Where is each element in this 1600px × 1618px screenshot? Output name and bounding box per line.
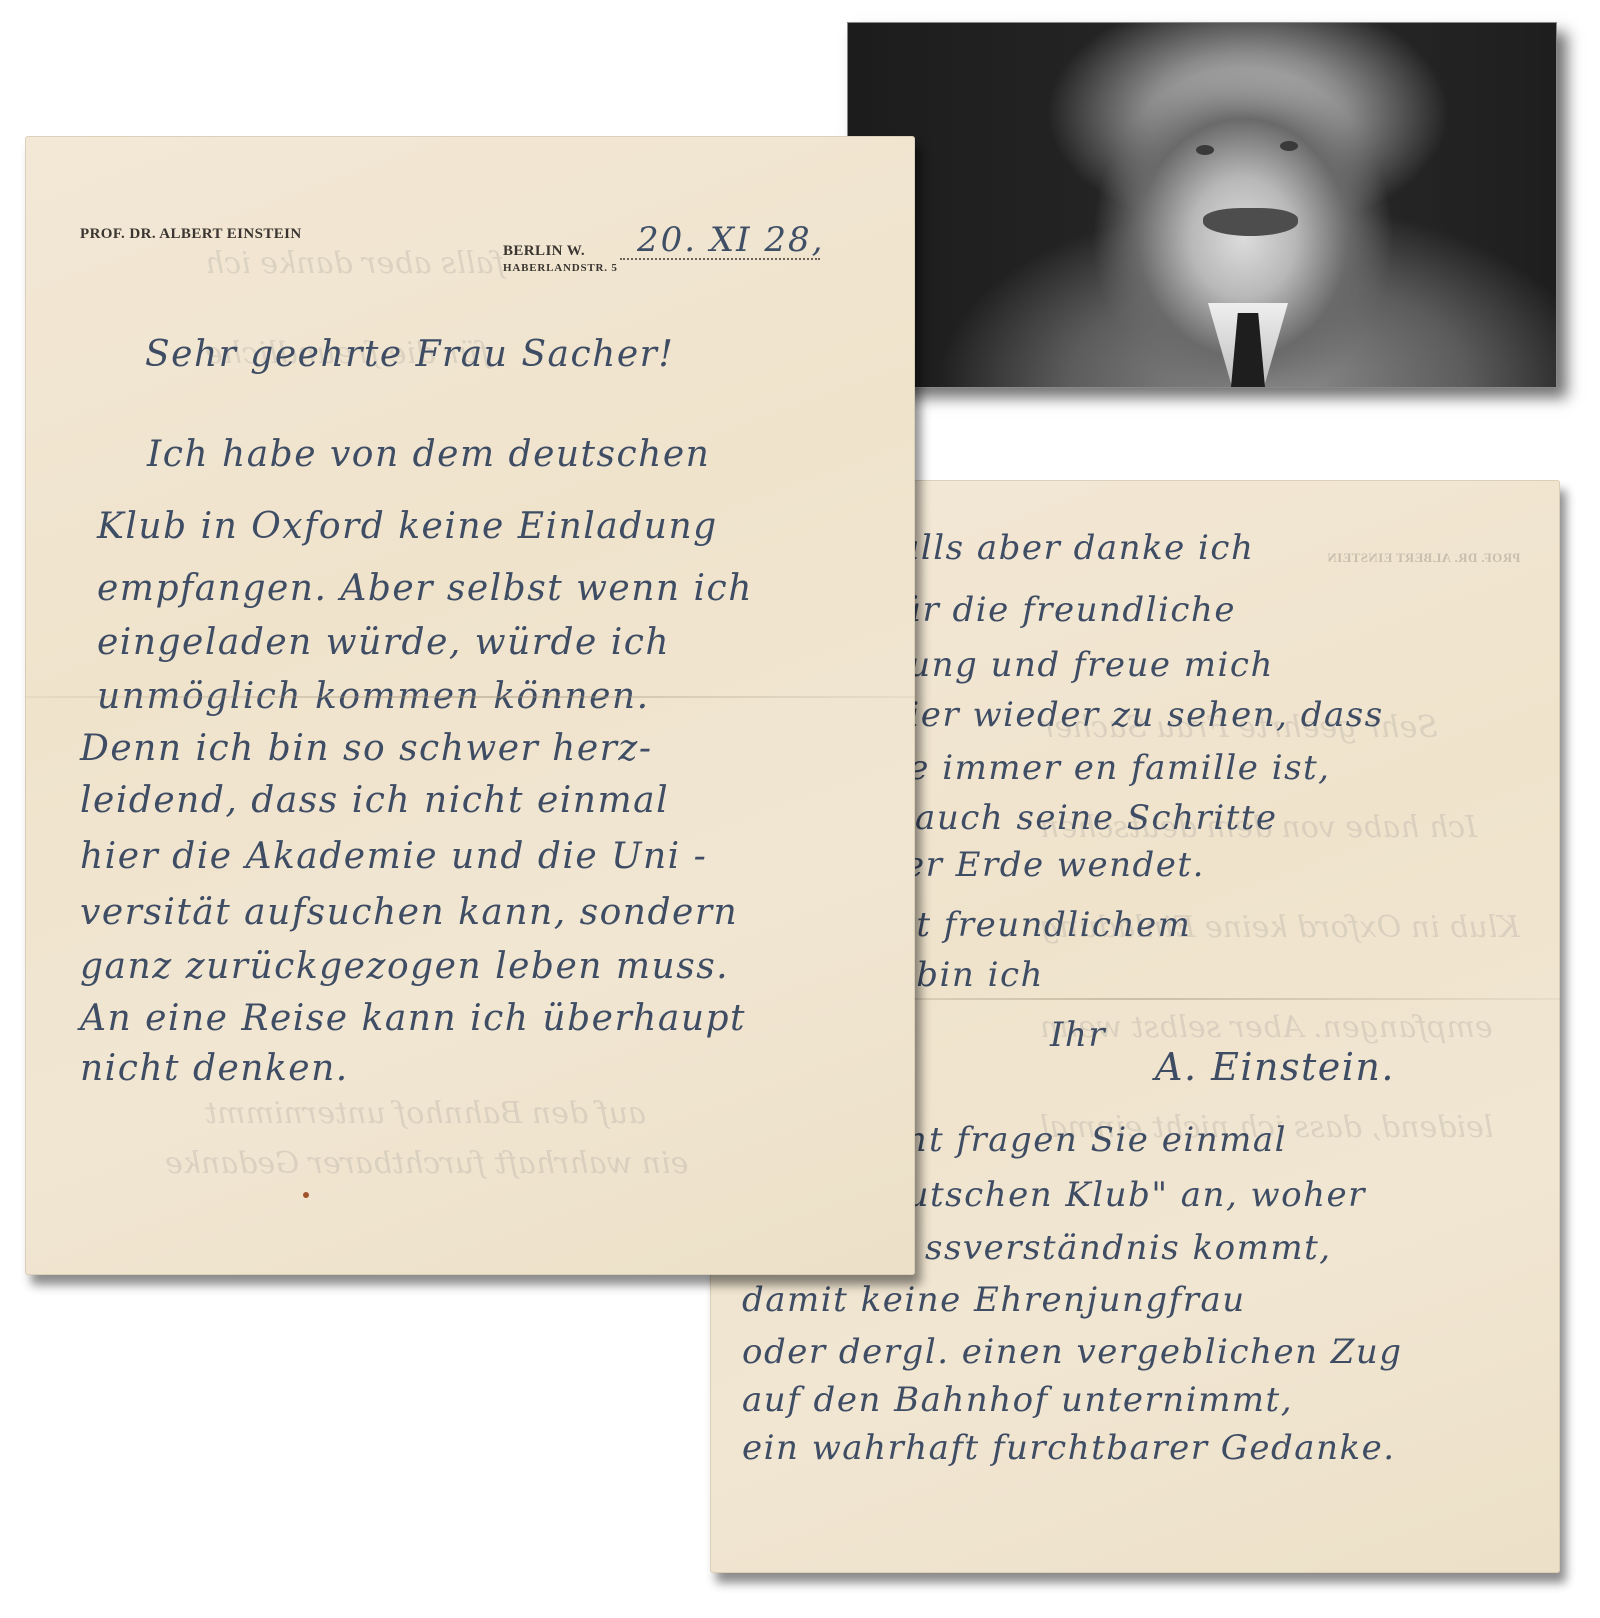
paper-fold-line bbox=[25, 696, 915, 698]
letter-date: 20. XI 28, bbox=[637, 220, 824, 260]
postscript-line: ein wahrhaft furchtbarer Gedanke. bbox=[742, 1428, 1396, 1468]
bleed-through-text: empfangen. Aber selbst wenn bbox=[1040, 1010, 1493, 1045]
letter-line: versität aufsuchen kann, sondern bbox=[80, 892, 738, 933]
letterhead-street: HABERLANDSTR. 5 bbox=[503, 262, 618, 274]
letter-line: ist freundlichem bbox=[885, 905, 1191, 945]
mirrored-letterhead: PROF. DR. ALBERT EINSTEIN bbox=[1327, 550, 1520, 566]
photo-right-eye bbox=[1280, 141, 1298, 151]
letter-line: ser Erde wendet. bbox=[885, 845, 1205, 885]
photo-mustache bbox=[1203, 208, 1298, 236]
letter-line: für die freundliche bbox=[885, 590, 1236, 630]
letter-page-1: PROF. DR. ALBERT EINSTEIN BERLIN W. HABE… bbox=[25, 136, 915, 1275]
postscript-line: cht fragen Sie einmal bbox=[885, 1120, 1287, 1160]
photo-left-eye bbox=[1196, 145, 1214, 155]
letter-line: Klub in Oxford keine Einladung bbox=[97, 506, 718, 547]
postscript-line: oder dergl. einen vergeblichen Zug bbox=[742, 1332, 1403, 1372]
letter-line: leidend, dass ich nicht einmal bbox=[80, 780, 669, 821]
letter-line: r auch seine Schritte bbox=[885, 798, 1278, 838]
letter-line: eingeladen würde, würde ich bbox=[97, 622, 670, 663]
bleed-through-text: auf den Bahnhof unternimmt bbox=[205, 1096, 646, 1131]
letter-line: dung und freue mich bbox=[885, 645, 1274, 685]
ink-spot bbox=[303, 1192, 309, 1198]
bleed-through-text: ein wahrhaft furchtbarer Gedanke bbox=[165, 1146, 688, 1181]
letter-line: nicht denken. bbox=[80, 1048, 349, 1089]
letter-line: hier die Akademie und die Uni - bbox=[80, 836, 707, 877]
salutation: Sehr geehrte Frau Sacher! bbox=[145, 334, 674, 375]
letter-line: de immer en famille ist, bbox=[885, 748, 1331, 788]
letter-line: hier wieder zu sehen, dass bbox=[885, 695, 1384, 735]
letterhead-name: PROF. DR. ALBERT EINSTEIN bbox=[80, 226, 302, 243]
letter-line: Denn ich bin so schwer herz- bbox=[80, 728, 653, 769]
letter-line: ganz zurückgezogen leben muss. bbox=[80, 946, 729, 987]
letter-line: An eine Reise kann ich überhaupt bbox=[80, 998, 746, 1039]
postscript-line: ssverständnis kommt, bbox=[925, 1228, 1332, 1268]
letter-line: falls aber danke ich bbox=[885, 528, 1254, 568]
letter-line: empfangen. Aber selbst wenn ich bbox=[97, 568, 753, 609]
closing: Ihr bbox=[1050, 1015, 1106, 1055]
postscript-line: auf den Bahnhof unternimmt, bbox=[742, 1380, 1293, 1420]
postscript-line: eutschen Klub" an, woher bbox=[885, 1175, 1366, 1215]
letterhead-city: BERLIN W. bbox=[503, 243, 585, 260]
letter-line: Ich habe von dem deutschen bbox=[147, 434, 710, 475]
einstein-portrait-photo bbox=[847, 22, 1557, 388]
bleed-through-text: falls aber danke ich bbox=[205, 246, 504, 281]
signature: A. Einstein. bbox=[1155, 1045, 1395, 1089]
postscript-line: damit keine Ehrenjungfrau bbox=[742, 1280, 1246, 1320]
